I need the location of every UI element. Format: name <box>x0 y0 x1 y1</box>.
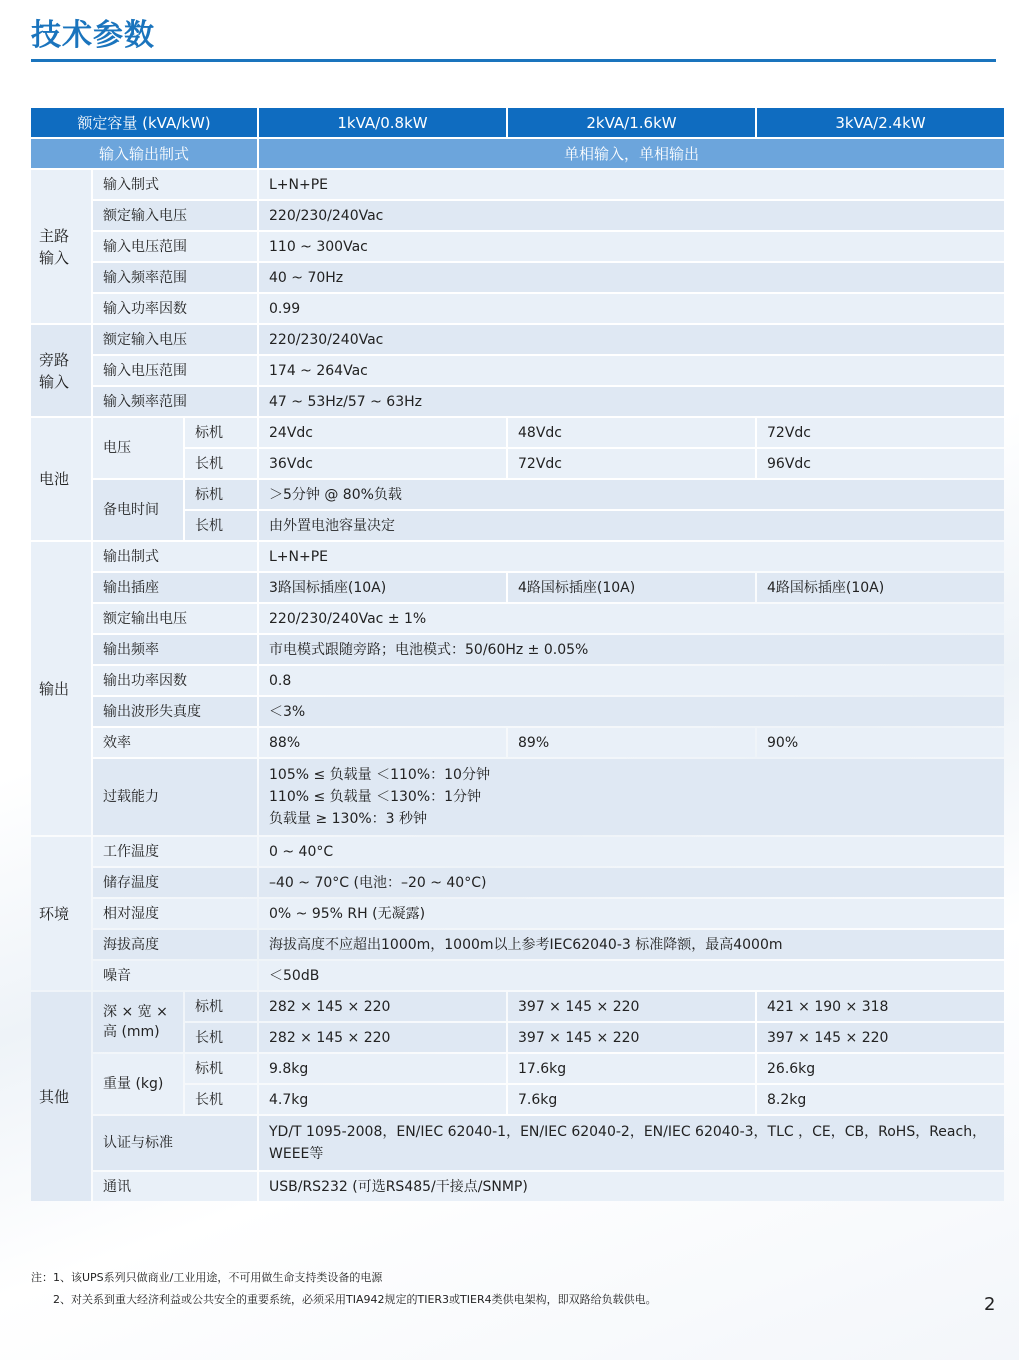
param-label: 输入功率因数 <box>93 294 257 323</box>
table-row: 海拔高度 海拔高度不应超出1000m，1000m以上参考IEC62040-3 标… <box>31 930 1004 959</box>
param-value: L+N+PE <box>259 170 1004 199</box>
table-row: 额定输出电压 220/230/240Vac ± 1% <box>31 604 1004 633</box>
param-value: 0.8 <box>259 666 1004 695</box>
param-label: 额定输出电压 <box>93 604 257 633</box>
spec-table: 额定容量 (kVA/kW) 1kVA/0.8kW 2kVA/1.6kW 3kVA… <box>29 106 1006 1203</box>
value-2kva: 7.6kg <box>508 1085 755 1114</box>
overload-line: 105% ≤ 负载量 ＜110%：10分钟 <box>269 764 994 786</box>
table-row: 输出频率 市电模式跟随旁路；电池模式：50/60Hz ± 0.05% <box>31 635 1004 664</box>
param-value: 海拔高度不应超出1000m，1000m以上参考IEC62040-3 标准降额，最… <box>259 930 1004 959</box>
table-row: 噪音 ＜50dB <box>31 961 1004 990</box>
param-value: ＜50dB <box>259 961 1004 990</box>
param-label: 噪音 <box>93 961 257 990</box>
param-label: 相对湿度 <box>93 899 257 928</box>
value-3kva: 8.2kg <box>757 1085 1004 1114</box>
param-label: 工作温度 <box>93 837 257 866</box>
model-1kva: 1kVA/0.8kW <box>259 108 506 137</box>
model-3kva: 3kVA/2.4kW <box>757 108 1004 137</box>
param-value: 0% ~ 95% RH (无凝露) <box>259 899 1004 928</box>
param-label: 输入电压范围 <box>93 356 257 385</box>
param-label: 备电时间 <box>93 480 183 540</box>
table-row: 输出插座 3路国标插座(10A) 4路国标插座(10A) 4路国标插座(10A) <box>31 573 1004 602</box>
param-label: 重量 (kg) <box>93 1054 183 1114</box>
value-2kva: 72Vdc <box>508 449 755 478</box>
page-number: 2 <box>984 1294 995 1315</box>
value-1kva: 282 × 145 × 220 <box>259 1023 506 1052</box>
table-row: 环境 工作温度 0 ~ 40°C <box>31 837 1004 866</box>
table-row: 输出功率因数 0.8 <box>31 666 1004 695</box>
param-label: 额定输入电压 <box>93 201 257 230</box>
value-3kva: 96Vdc <box>757 449 1004 478</box>
overload-line: 负载量 ≥ 130%：3 秒钟 <box>269 808 994 830</box>
model-2kva: 2kVA/1.6kW <box>508 108 755 137</box>
param-label: 通讯 <box>93 1172 257 1201</box>
table-row: 输入电压范围 174 ~ 264Vac <box>31 356 1004 385</box>
value-1kva: 3路国标插座(10A) <box>259 573 506 602</box>
param-label: 认证与标准 <box>93 1116 257 1170</box>
param-label: 海拔高度 <box>93 930 257 959</box>
param-value: 47 ~ 53Hz/57 ~ 63Hz <box>259 387 1004 416</box>
param-value: 0 ~ 40°C <box>259 837 1004 866</box>
param-label: 输入电压范围 <box>93 232 257 261</box>
param-value: 174 ~ 264Vac <box>259 356 1004 385</box>
table-row: 通讯 USB/RS232 (可选RS485/干接点/SNMP) <box>31 1172 1004 1201</box>
value-3kva: 4路国标插座(10A) <box>757 573 1004 602</box>
value-1kva: 24Vdc <box>259 418 506 447</box>
value-1kva: 4.7kg <box>259 1085 506 1114</box>
value-3kva: 72Vdc <box>757 418 1004 447</box>
category-other: 其他 <box>31 992 91 1201</box>
param-label: 过载能力 <box>93 759 257 835</box>
sub-label: 长机 <box>185 511 257 540</box>
param-value: 40 ~ 70Hz <box>259 263 1004 292</box>
table-row: 储存温度 –40 ~ 70°C (电池：–20 ~ 40°C) <box>31 868 1004 897</box>
table-row: 输出波形失真度 ＜3% <box>31 697 1004 726</box>
param-label: 效率 <box>93 728 257 757</box>
value-3kva: 90% <box>757 728 1004 757</box>
value-2kva: 397 × 145 × 220 <box>508 1023 755 1052</box>
page-title: 技术参数 <box>31 10 155 54</box>
category-bypass-input: 旁路 输入 <box>31 325 91 416</box>
io-mode-label: 输入输出制式 <box>31 139 257 168</box>
param-value: 220/230/240Vac ± 1% <box>259 604 1004 633</box>
value-3kva: 26.6kg <box>757 1054 1004 1083</box>
param-value: –40 ~ 70°C (电池：–20 ~ 40°C) <box>259 868 1004 897</box>
value-2kva: 89% <box>508 728 755 757</box>
table-row: 输入电压范围 110 ~ 300Vac <box>31 232 1004 261</box>
sub-label: 长机 <box>185 449 257 478</box>
sub-label: 长机 <box>185 1085 257 1114</box>
param-label: 输入频率范围 <box>93 387 257 416</box>
param-value: ＞5分钟 @ 80%负载 <box>259 480 1004 509</box>
param-label: 输出波形失真度 <box>93 697 257 726</box>
table-row: 输出 输出制式 L+N+PE <box>31 542 1004 571</box>
table-row: 输入频率范围 40 ~ 70Hz <box>31 263 1004 292</box>
value-1kva: 9.8kg <box>259 1054 506 1083</box>
header-row: 额定容量 (kVA/kW) 1kVA/0.8kW 2kVA/1.6kW 3kVA… <box>31 108 1004 137</box>
io-mode-row: 输入输出制式 单相输入，单相输出 <box>31 139 1004 168</box>
table-row: 额定输入电压 220/230/240Vac <box>31 201 1004 230</box>
param-value: 220/230/240Vac <box>259 325 1004 354</box>
param-value: USB/RS232 (可选RS485/干接点/SNMP) <box>259 1172 1004 1201</box>
title-divider <box>31 59 996 62</box>
sub-label: 标机 <box>185 1054 257 1083</box>
param-value: L+N+PE <box>259 542 1004 571</box>
value-2kva: 4路国标插座(10A) <box>508 573 755 602</box>
param-value: YD/T 1095-2008，EN/IEC 62040-1，EN/IEC 620… <box>259 1116 1004 1170</box>
param-value: 0.99 <box>259 294 1004 323</box>
value-1kva: 282 × 145 × 220 <box>259 992 506 1021</box>
table-row: 认证与标准 YD/T 1095-2008，EN/IEC 62040-1，EN/I… <box>31 1116 1004 1170</box>
table-row: 旁路 输入 额定输入电压 220/230/240Vac <box>31 325 1004 354</box>
table-row: 主路 输入 输入制式 L+N+PE <box>31 170 1004 199</box>
value-3kva: 397 × 145 × 220 <box>757 1023 1004 1052</box>
param-value: 220/230/240Vac <box>259 201 1004 230</box>
category-battery: 电池 <box>31 418 91 540</box>
param-value: 110 ~ 300Vac <box>259 232 1004 261</box>
param-label: 输入频率范围 <box>93 263 257 292</box>
param-label: 额定输入电压 <box>93 325 257 354</box>
value-2kva: 48Vdc <box>508 418 755 447</box>
value-3kva: 421 × 190 × 318 <box>757 992 1004 1021</box>
table-row: 相对湿度 0% ~ 95% RH (无凝露) <box>31 899 1004 928</box>
table-row: 其他 深 × 宽 × 高 (mm) 标机 282 × 145 × 220 397… <box>31 992 1004 1021</box>
param-label: 储存温度 <box>93 868 257 897</box>
param-value-multiline: 105% ≤ 负载量 ＜110%：10分钟 110% ≤ 负载量 ＜130%：1… <box>259 759 1004 835</box>
table-row: 输入频率范围 47 ~ 53Hz/57 ~ 63Hz <box>31 387 1004 416</box>
footnotes: 注：1、该UPS系列只做商业/工业用途，不可用做生命支持类设备的电源 2、对关系… <box>31 1267 657 1311</box>
param-label: 输出制式 <box>93 542 257 571</box>
param-value: ＜3% <box>259 697 1004 726</box>
value-1kva: 88% <box>259 728 506 757</box>
sub-label: 标机 <box>185 418 257 447</box>
capacity-label: 额定容量 (kVA/kW) <box>31 108 257 137</box>
param-label: 电压 <box>93 418 183 478</box>
param-label: 输出频率 <box>93 635 257 664</box>
category-environment: 环境 <box>31 837 91 990</box>
table-row: 过载能力 105% ≤ 负载量 ＜110%：10分钟 110% ≤ 负载量 ＜1… <box>31 759 1004 835</box>
table-row: 重量 (kg) 标机 9.8kg 17.6kg 26.6kg <box>31 1054 1004 1083</box>
table-row: 电池 电压 标机 24Vdc 48Vdc 72Vdc <box>31 418 1004 447</box>
value-2kva: 17.6kg <box>508 1054 755 1083</box>
io-mode-value: 单相输入，单相输出 <box>259 139 1004 168</box>
param-value: 由外置电池容量决定 <box>259 511 1004 540</box>
category-main-input: 主路 输入 <box>31 170 91 323</box>
value-1kva: 36Vdc <box>259 449 506 478</box>
footnote-1: 注：1、该UPS系列只做商业/工业用途，不可用做生命支持类设备的电源 <box>31 1267 657 1289</box>
value-2kva: 397 × 145 × 220 <box>508 992 755 1021</box>
table-row: 输入功率因数 0.99 <box>31 294 1004 323</box>
footnote-2: 2、对关系到重大经济利益或公共安全的重要系统，必须采用TIA942规定的TIER… <box>31 1289 657 1311</box>
param-label: 输出插座 <box>93 573 257 602</box>
table-row: 效率 88% 89% 90% <box>31 728 1004 757</box>
param-label: 输入制式 <box>93 170 257 199</box>
param-label: 深 × 宽 × 高 (mm) <box>93 992 183 1052</box>
sub-label: 标机 <box>185 480 257 509</box>
overload-line: 110% ≤ 负载量 ＜130%：1分钟 <box>269 786 994 808</box>
param-label: 输出功率因数 <box>93 666 257 695</box>
table-row: 备电时间 标机 ＞5分钟 @ 80%负载 <box>31 480 1004 509</box>
category-output: 输出 <box>31 542 91 835</box>
param-value: 市电模式跟随旁路；电池模式：50/60Hz ± 0.05% <box>259 635 1004 664</box>
sub-label: 长机 <box>185 1023 257 1052</box>
sub-label: 标机 <box>185 992 257 1021</box>
